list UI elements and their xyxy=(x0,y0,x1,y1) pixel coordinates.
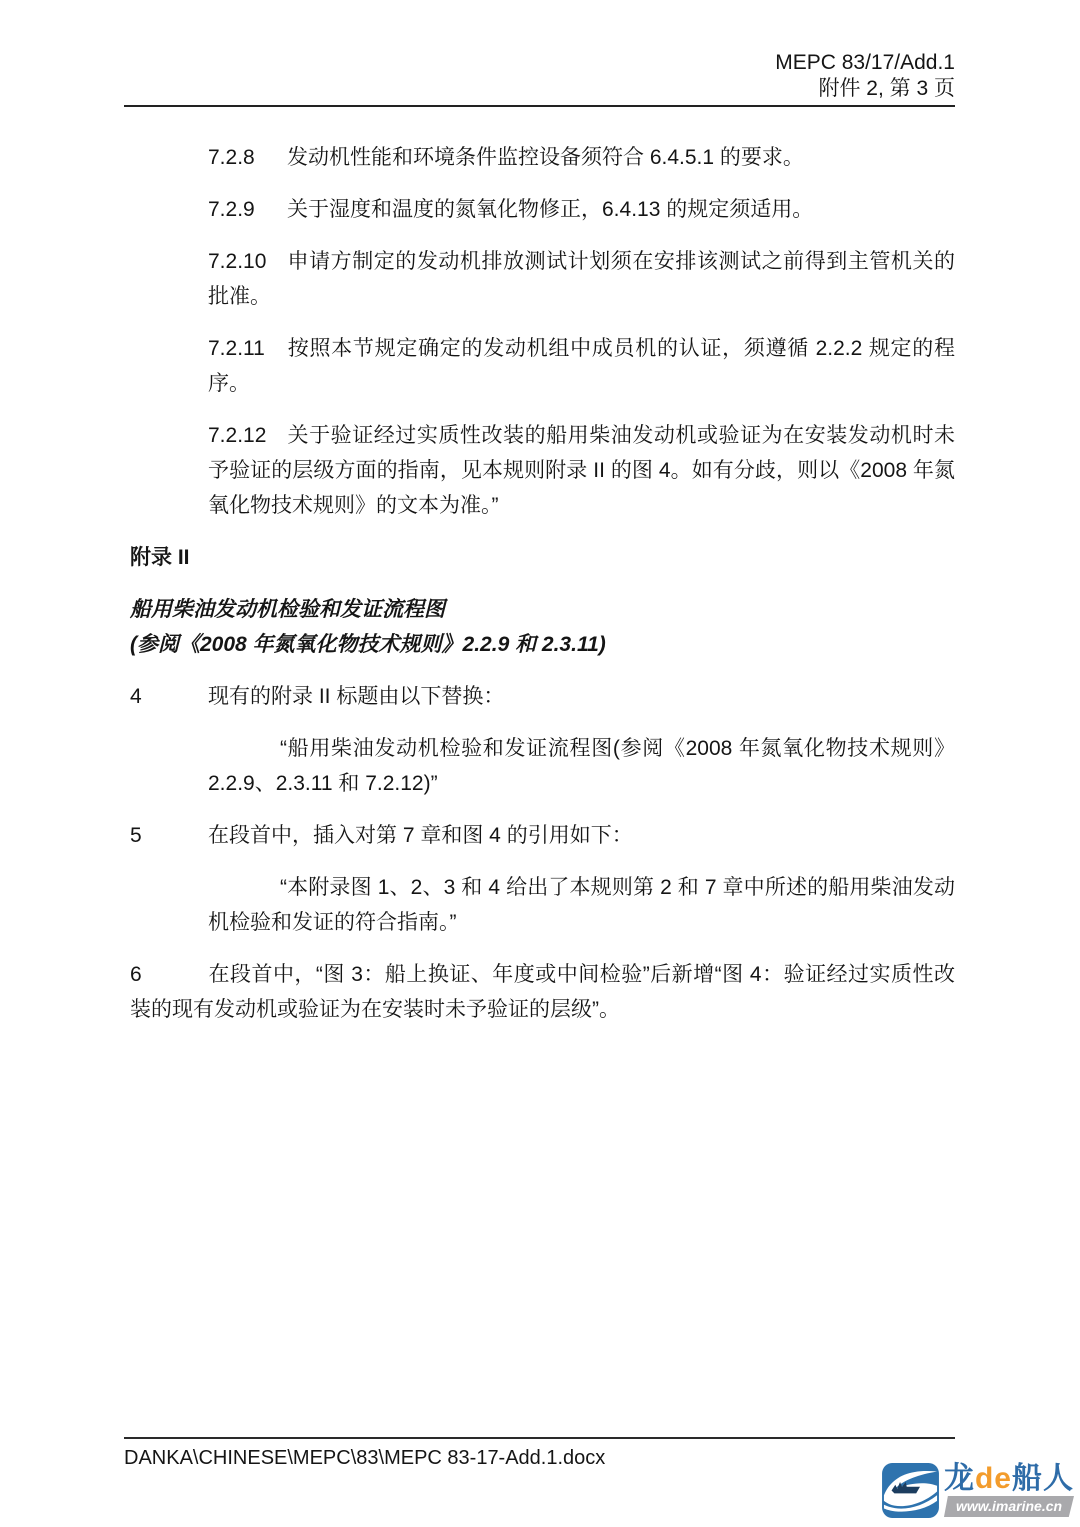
item-number: 4 xyxy=(130,679,208,714)
paragraph-text: 关于湿度和温度的氮氧化物修正，6.4.13 的规定须适用。 xyxy=(287,198,813,221)
annex-heading: 附录 II xyxy=(130,540,955,575)
imarine-ship-icon xyxy=(882,1463,939,1518)
paragraph-number: 7.2.12 xyxy=(208,418,287,453)
paragraph-number: 7.2.10 xyxy=(208,244,287,279)
paragraph-text: 按照本节规定确定的发动机组中成员机的认证，须遵循 2.2.2 规定的程序。 xyxy=(208,337,955,395)
paragraph-7212: 7.2.12关于验证经过实质性改装的船用柴油发动机或验证为在安装发动机时未予验证… xyxy=(208,418,955,523)
imarine-watermark: 龙de船人 www.imarine.cn xyxy=(882,1463,1074,1518)
brand-part3: 船人 xyxy=(1012,1462,1074,1495)
paragraph-7210: 7.2.10申请方制定的发动机排放测试计划须在安排该测试之前得到主管机关的批准。 xyxy=(208,244,955,314)
doc-reference: MEPC 83/17/Add.1 xyxy=(124,50,955,76)
imarine-url: www.imarine.cn xyxy=(944,1496,1074,1517)
paragraph-number: 7.2.9 xyxy=(208,192,287,227)
item-5-quote: “本附录图 1、2、3 和 4 给出了本规则第 2 和 7 章中所述的船用柴油发… xyxy=(208,870,955,940)
paragraph-text: 关于验证经过实质性改装的船用柴油发动机或验证为在安装发动机时未予验证的层级方面的… xyxy=(208,424,955,517)
item-number: 6 xyxy=(130,957,208,992)
item-text: 在段首中，“图 3：船上换证、年度或中间检验”后新增“图 4：验证经过实质性改装… xyxy=(130,963,955,1021)
page-header: MEPC 83/17/Add.1 附件 2, 第 3 页 xyxy=(124,0,955,107)
footer-file-path: DANKA\CHINESE\MEPC\83\MEPC 83-17-Add.1.d… xyxy=(124,1447,605,1469)
imarine-logo-text: 龙de船人 www.imarine.cn xyxy=(944,1463,1074,1517)
paragraph-number: 7.2.11 xyxy=(208,331,287,366)
document-content: 7.2.8发动机性能和环境条件监控设备须符合 6.4.5.1 的要求。 7.2.… xyxy=(130,140,955,1044)
item-text: 现有的附录 II 标题由以下替换： xyxy=(208,685,504,708)
paragraph-7211: 7.2.11按照本节规定确定的发动机组中成员机的认证，须遵循 2.2.2 规定的… xyxy=(208,331,955,401)
item-text: 在段首中，插入对第 7 章和图 4 的引用如下： xyxy=(208,824,633,847)
brand-part1: 龙 xyxy=(944,1462,975,1495)
item-number: 5 xyxy=(130,818,208,853)
item-4: 4现有的附录 II 标题由以下替换： xyxy=(130,679,955,714)
annex-page-number: 附件 2, 第 3 页 xyxy=(124,76,955,102)
paragraph-number: 7.2.8 xyxy=(208,140,287,175)
item-5: 5在段首中，插入对第 7 章和图 4 的引用如下： xyxy=(130,818,955,853)
brand-part2: de xyxy=(975,1462,1012,1495)
paragraph-729: 7.2.9关于湿度和温度的氮氧化物修正，6.4.13 的规定须适用。 xyxy=(208,192,955,227)
annex-title-line2: (参阅《2008 年氮氧化物技术规则》2.2.9 和 2.3.11) xyxy=(130,627,955,662)
document-page: MEPC 83/17/Add.1 附件 2, 第 3 页 7.2.8发动机性能和… xyxy=(0,0,1080,1527)
paragraph-text: 发动机性能和环境条件监控设备须符合 6.4.5.1 的要求。 xyxy=(287,146,804,169)
paragraph-728: 7.2.8发动机性能和环境条件监控设备须符合 6.4.5.1 的要求。 xyxy=(208,140,955,175)
annex-title: 船用柴油发动机检验和发证流程图 (参阅《2008 年氮氧化物技术规则》2.2.9… xyxy=(130,592,955,662)
imarine-brand: 龙de船人 xyxy=(944,1463,1074,1495)
paragraph-text: 申请方制定的发动机排放测试计划须在安排该测试之前得到主管机关的批准。 xyxy=(208,250,955,308)
annex-title-line1: 船用柴油发动机检验和发证流程图 xyxy=(130,592,955,627)
item-6: 6在段首中，“图 3：船上换证、年度或中间检验”后新增“图 4：验证经过实质性改… xyxy=(130,957,955,1027)
item-4-quote: “船用柴油发动机检验和发证流程图(参阅《2008 年氮氧化物技术规则》2.2.9… xyxy=(208,731,955,801)
page-footer: DANKA\CHINESE\MEPC\83\MEPC 83-17-Add.1.d… xyxy=(124,1437,955,1470)
